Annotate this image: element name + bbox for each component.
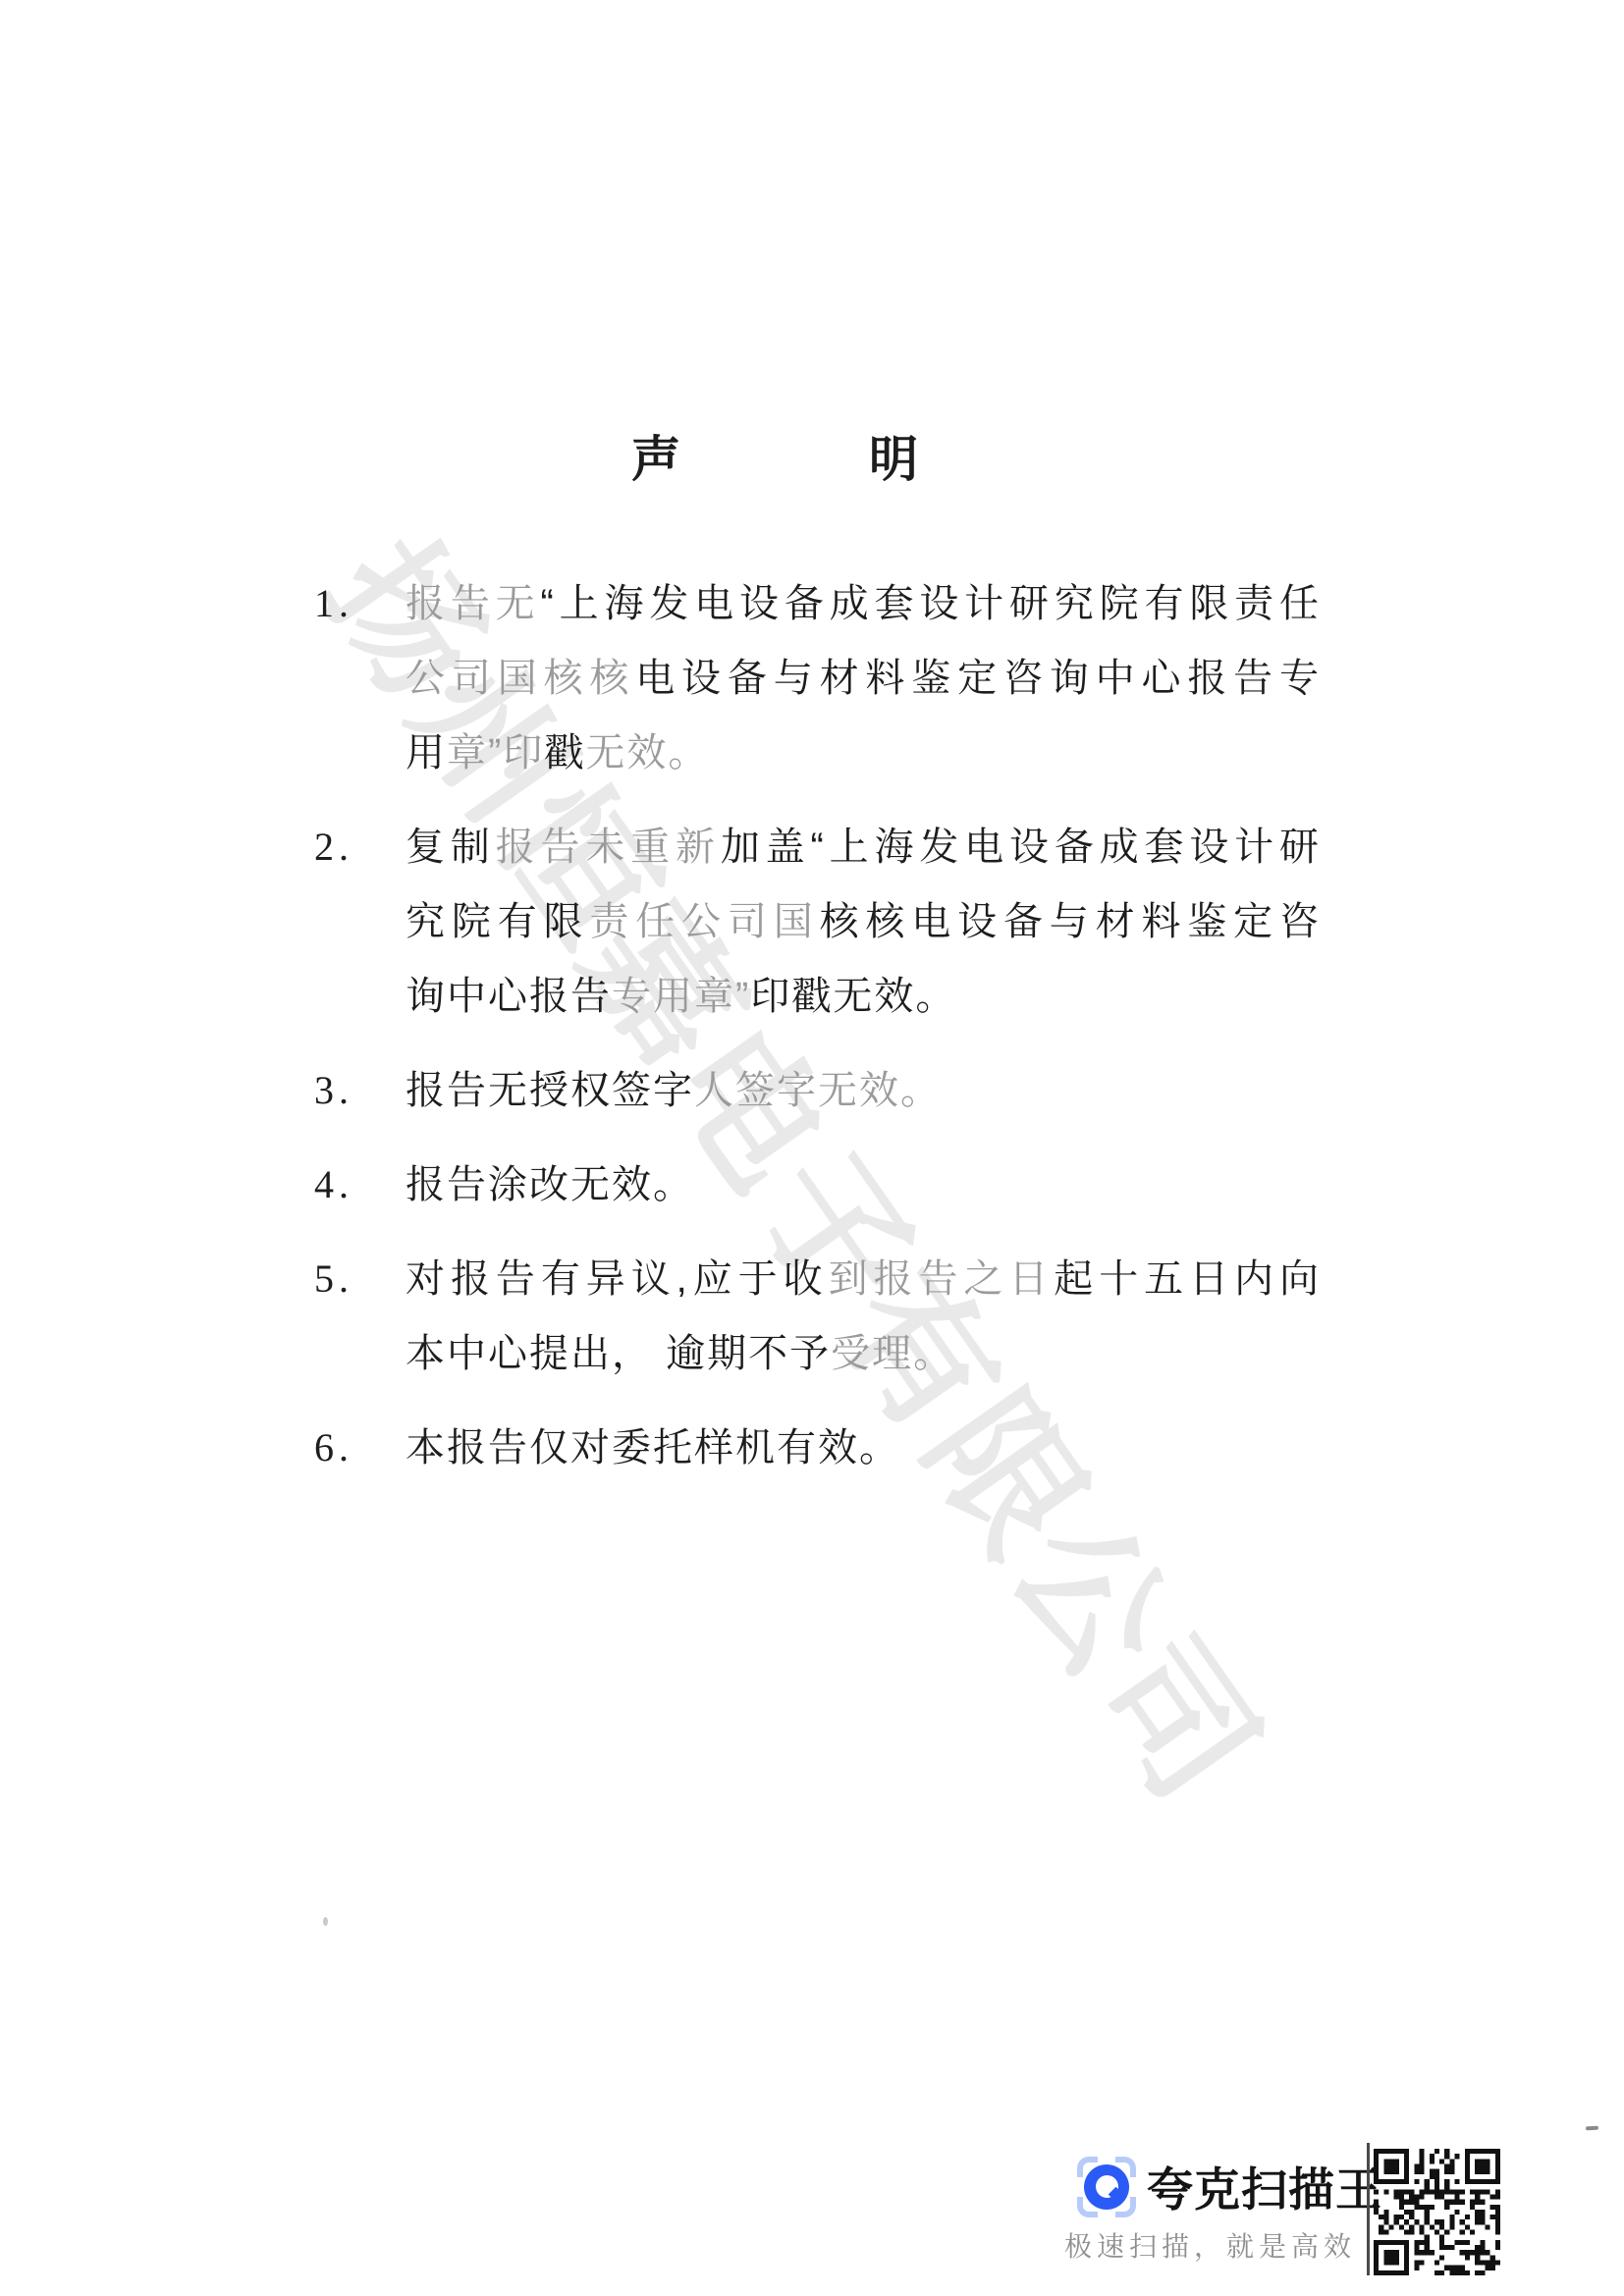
text-segment: 用 [406, 731, 447, 774]
text-segment: 电设备与材料鉴定咨询中心报告专 [635, 657, 1321, 700]
declaration-line: 报告涂改无效。 [406, 1148, 1321, 1222]
qr-code [1374, 2149, 1500, 2275]
declaration-item-3: 3.报告无授权签字人签字无效。 [314, 1053, 1321, 1128]
footer-divider [1367, 2143, 1370, 2275]
declaration-line: 本报告仅对委托样机有效。 [406, 1411, 1321, 1485]
brand-name: 夸克扫描王 [1147, 2163, 1382, 2217]
text-segment: 报告未重新 [496, 826, 721, 869]
declaration-item-4: 4.报告涂改无效。 [314, 1148, 1321, 1222]
declaration-line: 对报告有异议,应于收到报告之日起十五日内向 [406, 1242, 1321, 1316]
text-segment: 究院有限 [406, 900, 589, 943]
item-number: 2. [314, 810, 406, 1034]
text-segment: 受理。 [831, 1332, 954, 1375]
text-segment: 报告无授权签字 [406, 1069, 694, 1112]
text-segment: 报告无 [406, 582, 541, 625]
declaration-line: 报告无“上海发电设备成套设计研究院有限责任 [406, 566, 1321, 641]
text-segment: 章”印 [447, 731, 544, 774]
declaration-line: 询中心报告专用章”印戳无效。 [406, 959, 1321, 1034]
text-segment: 戳 [544, 731, 585, 774]
declaration-line: 公司国核核电设备与材料鉴定咨询中心报告专 [406, 641, 1321, 716]
item-text: 报告涂改无效。 [406, 1148, 1321, 1222]
text-segment: 对报告有异议,应于收 [406, 1257, 829, 1301]
text-segment: 责任公司国 [589, 900, 819, 943]
text-segment: 人签字无效。 [694, 1069, 942, 1112]
text-segment: 核核电设备与材料鉴定咨 [820, 900, 1321, 943]
text-segment: 加盖“上海发电设备成套设计研 [721, 826, 1321, 869]
item-number: 5. [314, 1242, 406, 1391]
declaration-line: 本中心提出， 逾期不予受理。 [406, 1316, 1321, 1391]
item-number: 4. [314, 1148, 406, 1222]
declaration-list: 1.报告无“上海发电设备成套设计研究院有限责任公司国核核电设备与材料鉴定咨询中心… [314, 566, 1321, 1505]
declaration-line: 复制报告未重新加盖“上海发电设备成套设计研 [406, 810, 1321, 884]
text-segment: 专用章” [612, 975, 750, 1018]
text-segment: 复制 [406, 826, 496, 869]
text-segment: 到报告之日 [829, 1257, 1055, 1301]
declaration-item-2: 2.复制报告未重新加盖“上海发电设备成套设计研究院有限责任公司国核核电设备与材料… [314, 810, 1321, 1034]
item-text: 对报告有异议,应于收到报告之日起十五日内向本中心提出， 逾期不予受理。 [406, 1242, 1321, 1391]
item-number: 3. [314, 1053, 406, 1128]
scanner-app-footer: 夸克扫描王 极速扫描，就是高效 [0, 2110, 1624, 2296]
declaration-line: 究院有限责任公司国核核电设备与材料鉴定咨 [406, 884, 1321, 959]
declaration-item-5: 5.对报告有异议,应于收到报告之日起十五日内向本中心提出， 逾期不予受理。 [314, 1242, 1321, 1391]
item-text: 报告无“上海发电设备成套设计研究院有限责任公司国核核电设备与材料鉴定咨询中心报告… [406, 566, 1321, 790]
text-segment: “上海发电设备成套设计研究院有限责任 [541, 582, 1322, 625]
declaration-item-1: 1.报告无“上海发电设备成套设计研究院有限责任公司国核核电设备与材料鉴定咨询中心… [314, 566, 1321, 790]
quark-logo-icon [1084, 2164, 1129, 2210]
text-segment: 本报告仅对委托样机有效。 [406, 1426, 900, 1469]
page-title: 声明 [631, 432, 1107, 487]
text-segment: 报告涂改无效。 [406, 1163, 694, 1206]
scan-dash-artifact [1586, 2126, 1598, 2131]
text-segment: 公司国核核 [406, 657, 635, 700]
scanned-document-page: 扬州恒嘉电子有限公司 声明 1.报告无“上海发电设备成套设计研究院有限责任公司国… [0, 0, 1624, 2296]
declaration-item-6: 6.本报告仅对委托样机有效。 [314, 1411, 1321, 1485]
text-segment: 印戳无效。 [750, 975, 956, 1018]
declaration-line: 用章”印戳无效。 [406, 716, 1321, 790]
text-segment: 无效。 [585, 731, 709, 774]
item-text: 报告无授权签字人签字无效。 [406, 1053, 1321, 1128]
declaration-line: 报告无授权签字人签字无效。 [406, 1053, 1321, 1128]
item-number: 6. [314, 1411, 406, 1485]
quark-scanner-logo [1077, 2157, 1136, 2217]
text-segment: 本中心提出， 逾期不予 [406, 1332, 831, 1375]
scan-speck-artifact [323, 1917, 328, 1926]
item-text: 复制报告未重新加盖“上海发电设备成套设计研究院有限责任公司国核核电设备与材料鉴定… [406, 810, 1321, 1034]
text-segment: 起十五日内向 [1054, 1257, 1321, 1301]
text-segment: 询中心报告 [406, 975, 612, 1018]
item-text: 本报告仅对委托样机有效。 [406, 1411, 1321, 1485]
item-number: 1. [314, 566, 406, 790]
brand-tagline: 极速扫描，就是高效 [1064, 2230, 1356, 2264]
